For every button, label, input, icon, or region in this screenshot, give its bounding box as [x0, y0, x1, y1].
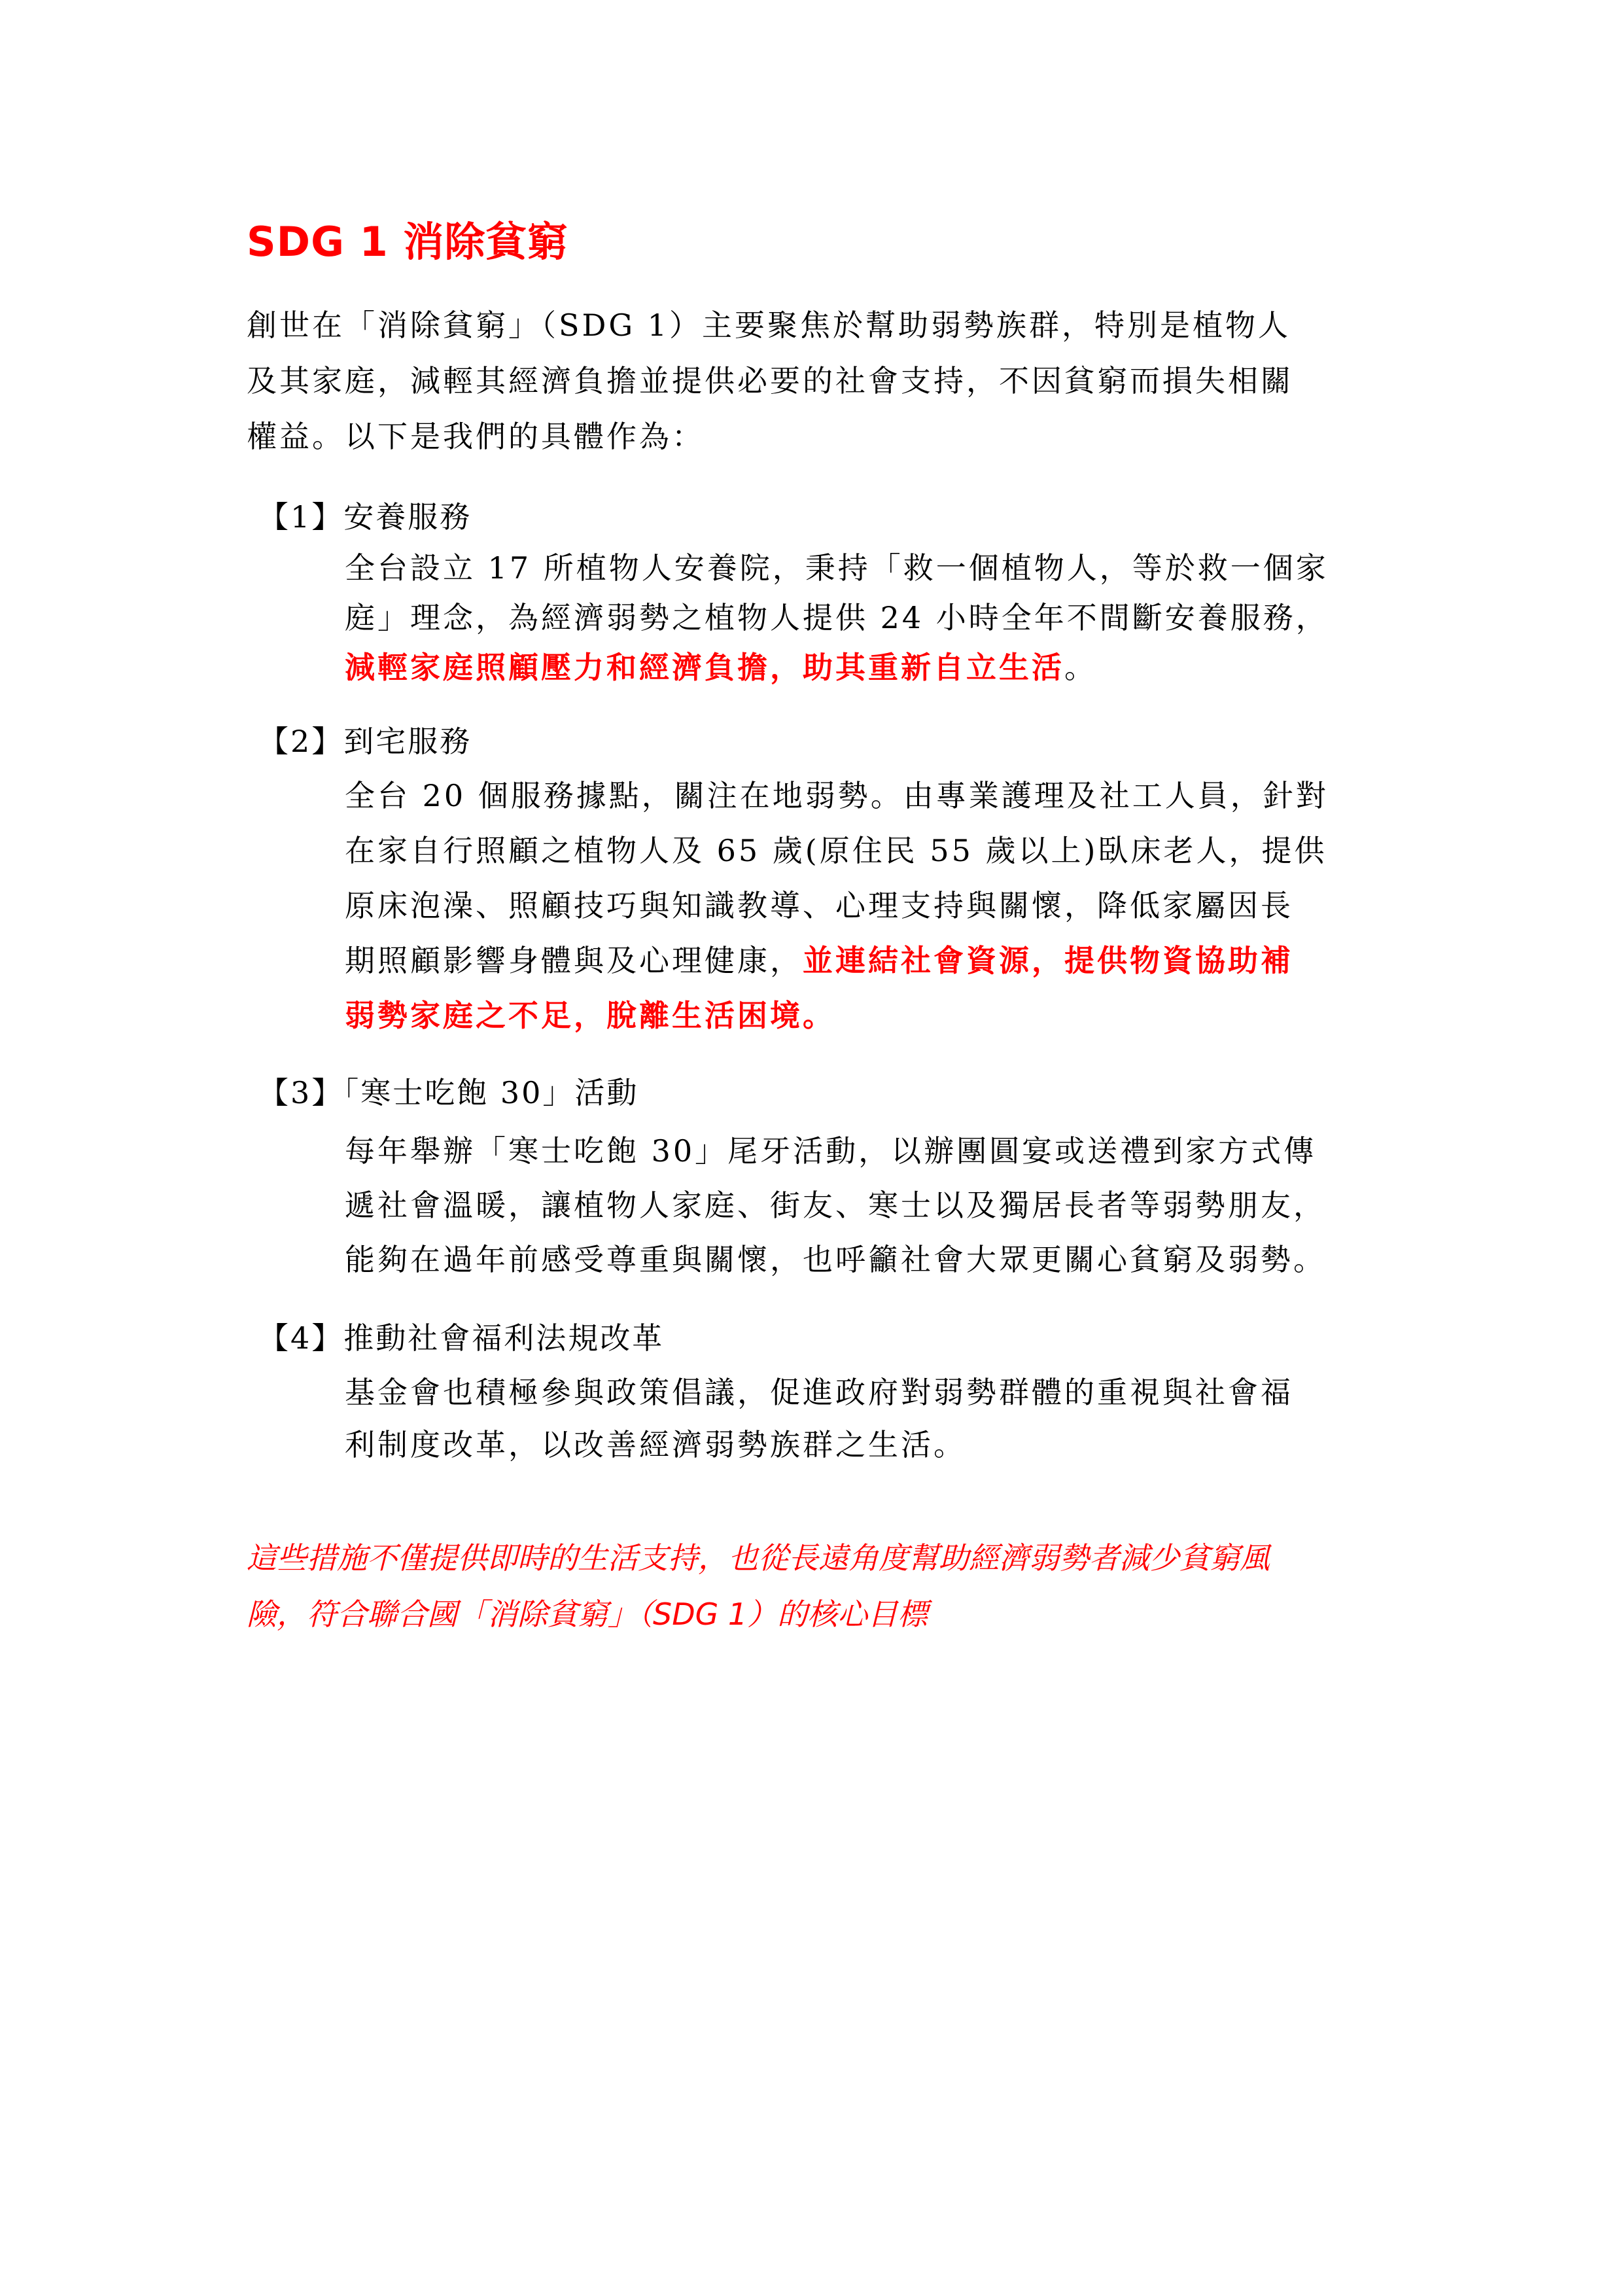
item-body-4: 基金會也積極參與政策倡議，促進政府對弱勢群體的重視與社會福 利制度改革，以改善經… — [345, 1366, 1385, 1471]
item-heading-2: 【2】到宅服務 — [258, 718, 472, 764]
item-line: 每年舉辦「寒士吃飽 30」尾牙活動，以辦團圓宴或送禮到家方式傳 — [345, 1124, 1385, 1178]
item-line: 基金會也積極參與政策倡議，促進政府對弱勢群體的重視與社會福 — [345, 1366, 1385, 1419]
intro-line: 及其家庭，減輕其經濟負擔並提供必要的社會支持，不因貧窮而損失相關 — [247, 353, 1388, 409]
highlight-text: 弱勢家庭之不足，脫離生活困境。 — [345, 988, 1385, 1043]
item-line: 在家自行照顧之植物人及 65 歲(原住民 55 歲以上)臥床老人，提供 — [345, 823, 1385, 878]
item-line: 利制度改革，以改善經濟弱勢族群之生活。 — [345, 1419, 1385, 1471]
item-line: 全台設立 17 所植物人安養院，秉持「救一個植物人，等於救一個家 — [345, 543, 1385, 593]
item-line: 能夠在過年前感受尊重與關懷，也呼籲社會大眾更關心貧窮及弱勢。 — [345, 1233, 1385, 1287]
item-heading-4: 【4】推動社會福利法規改革 — [258, 1315, 664, 1361]
closing-statement: 這些措施不僅提供即時的生活支持，也從長遠角度幫助經濟弱勢者減少貧窮風 險，符合聯… — [247, 1530, 1270, 1642]
highlight-text: 減輕家庭照顧壓力和經濟負擔，助其重新自立生活 — [345, 650, 1064, 685]
closing-line: 險，符合聯合國「消除貧窮」（SDG 1）的核心目標 — [247, 1586, 1270, 1642]
document-page: SDG 1 消除貧窮 創世在「消除貧窮」（SDG 1）主要聚焦於幫助弱勢族群，特… — [0, 0, 1623, 2296]
item-body-1: 全台設立 17 所植物人安養院，秉持「救一個植物人，等於救一個家 庭」理念，為經… — [345, 543, 1385, 692]
item-line: 全台 20 個服務據點，關注在地弱勢。由專業護理及社工人員，針對 — [345, 768, 1385, 823]
item-heading-3: 【3】「寒士吃飽 30」活動 — [258, 1070, 638, 1116]
intro-line: 創世在「消除貧窮」（SDG 1）主要聚焦於幫助弱勢族群，特別是植物人 — [247, 298, 1388, 353]
item-body-3: 每年舉辦「寒士吃飽 30」尾牙活動，以辦團圓宴或送禮到家方式傳 遞社會溫暖，讓植… — [345, 1124, 1385, 1287]
closing-line: 這些措施不僅提供即時的生活支持，也從長遠角度幫助經濟弱勢者減少貧窮風 — [247, 1530, 1270, 1586]
item-body-2: 全台 20 個服務據點，關注在地弱勢。由專業護理及社工人員，針對 在家自行照顧之… — [345, 768, 1385, 1043]
item-line: 減輕家庭照顧壓力和經濟負擔，助其重新自立生活。 — [345, 643, 1385, 692]
item-line: 期照顧影響身體與及心理健康，並連結社會資源，提供物資協助補 — [345, 933, 1385, 988]
item-line: 庭」理念，為經濟弱勢之植物人提供 24 小時全年不間斷安養服務， — [345, 593, 1385, 643]
page-title: SDG 1 消除貧窮 — [247, 216, 568, 268]
intro-line: 權益。以下是我們的具體作為： — [247, 409, 1388, 465]
highlight-text: 並連結社會資源，提供物資協助補 — [803, 943, 1293, 978]
intro-paragraph: 創世在「消除貧窮」（SDG 1）主要聚焦於幫助弱勢族群，特別是植物人 及其家庭，… — [247, 298, 1388, 465]
item-heading-1: 【1】安養服務 — [258, 494, 472, 540]
line-text: 期照顧影響身體與及心理健康， — [345, 943, 803, 978]
item-line: 遞社會溫暖，讓植物人家庭、街友、寒士以及獨居長者等弱勢朋友， — [345, 1178, 1385, 1233]
item-line: 原床泡澡、照顧技巧與知識教導、心理支持與關懷，降低家屬因長 — [345, 878, 1385, 933]
line-tail: 。 — [1064, 650, 1097, 685]
